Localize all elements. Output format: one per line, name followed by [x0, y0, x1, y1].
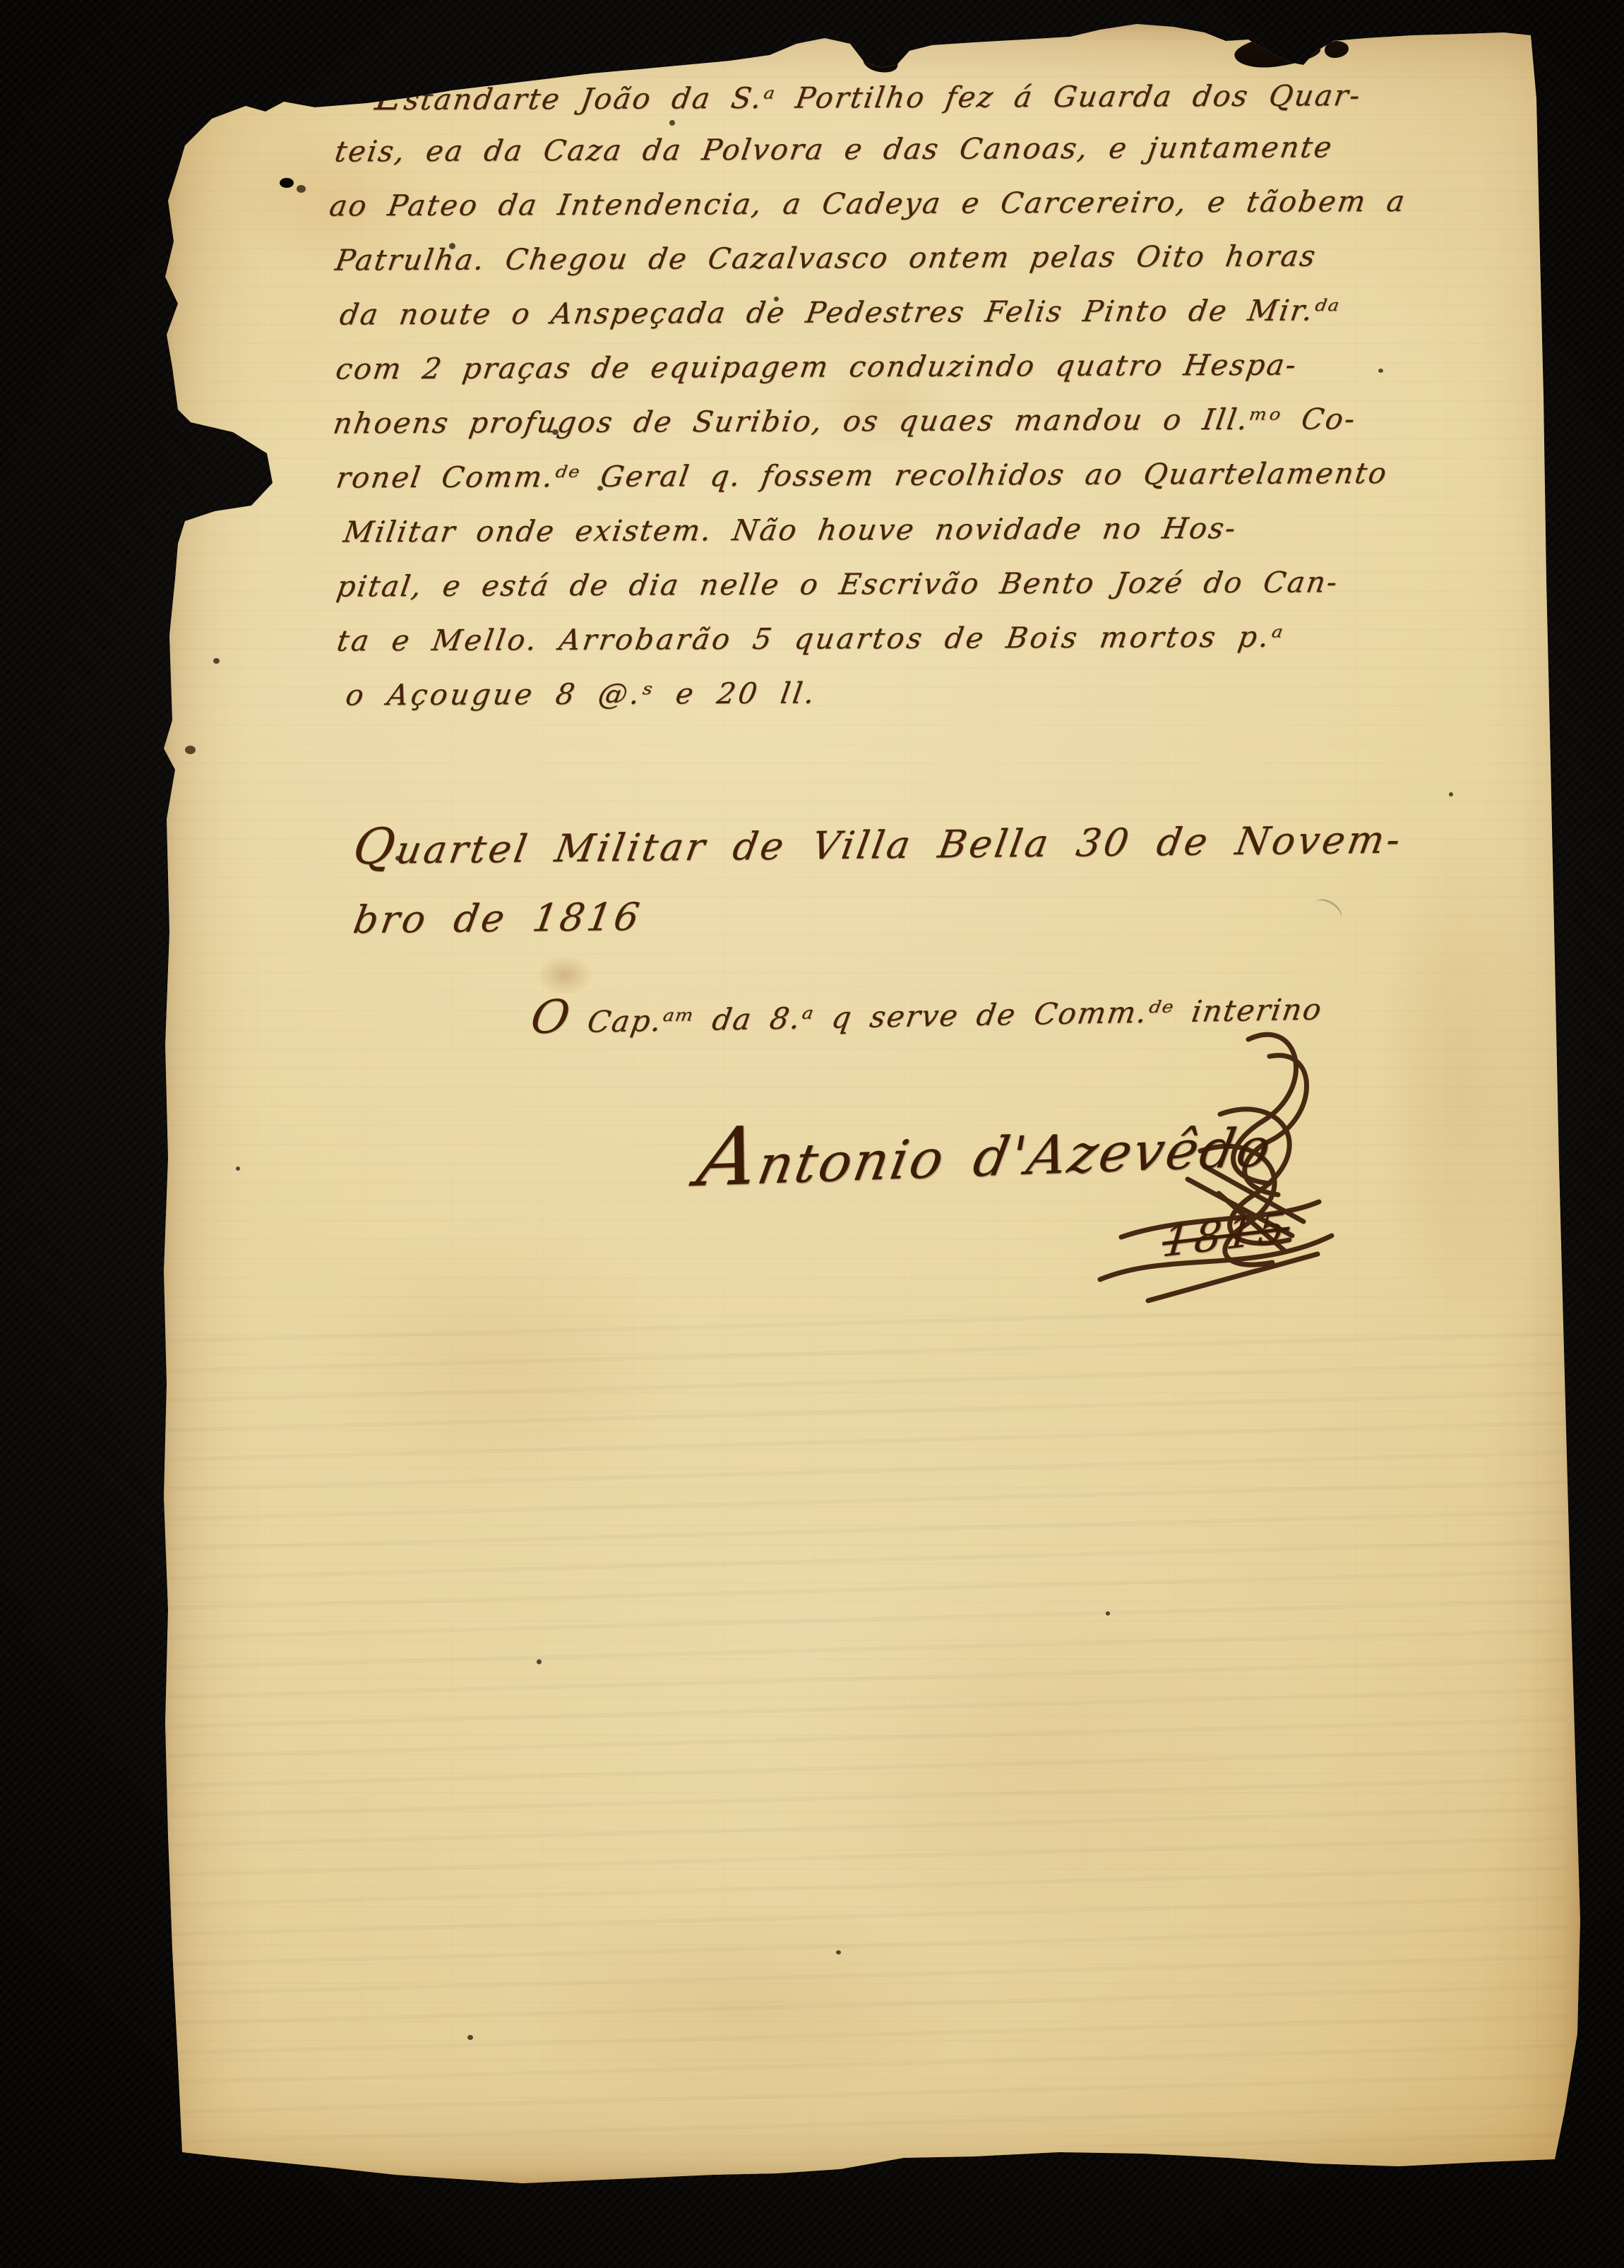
manuscript-page: Estandarte João da S.ᵃ Portilho fez á Gu…: [0, 0, 1624, 2268]
paper-edge-vignette: [160, 23, 1583, 2185]
photo-backdrop: Estandarte João da S.ᵃ Portilho fez á Gu…: [0, 0, 1624, 2268]
